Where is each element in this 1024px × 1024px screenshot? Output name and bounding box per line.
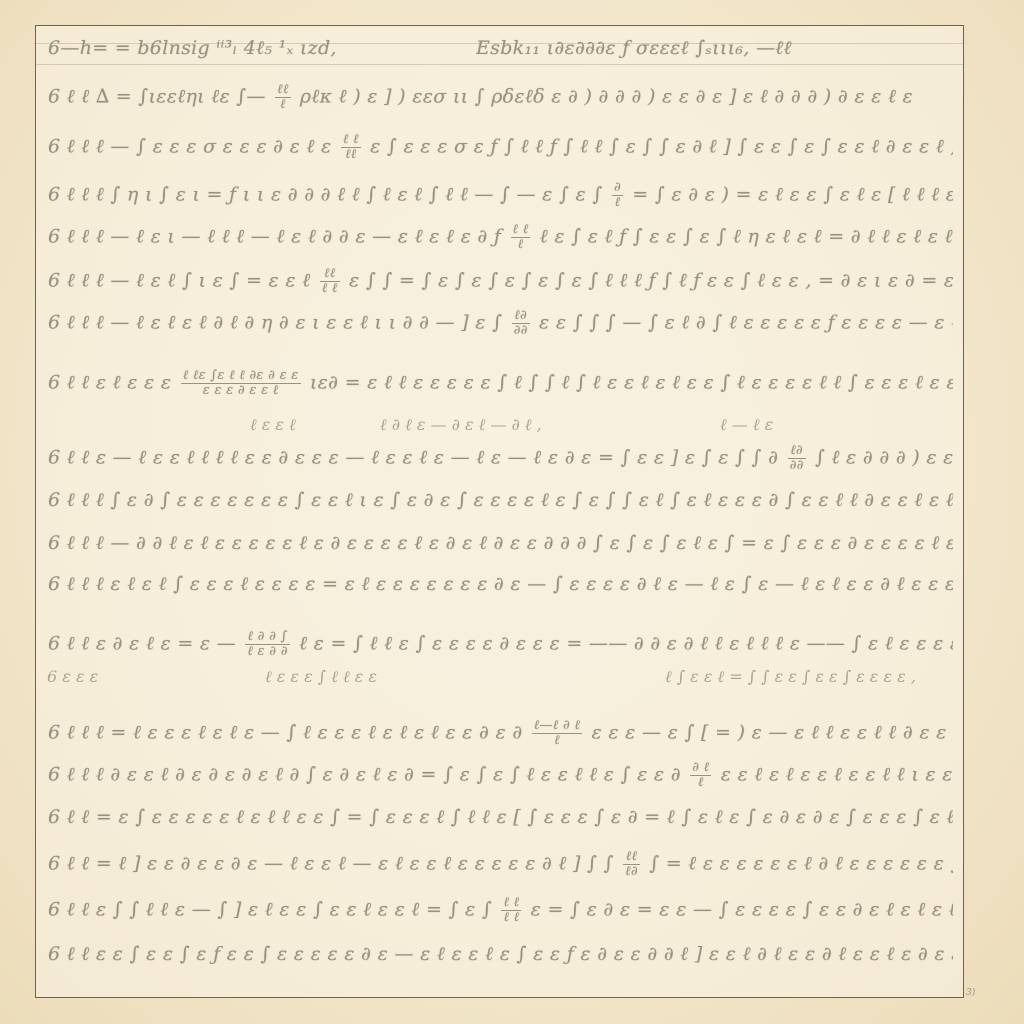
line-text: ε ε ∫ ∫ ∫ — ∫ ε ℓ ∂ ∫ ℓ ε ε ε ε ε ƒ ε ε … <box>533 312 953 334</box>
fraction-denominator: ℓ <box>511 238 531 252</box>
fraction-numerator: ℓ ℓ <box>511 223 531 238</box>
manuscript-line: 6 ℓ ℓ ℓ — ℓ ε ℓ ∫ ι ε ∫ = ε ε ℓ ℓℓℓ ℓ ε … <box>48 267 953 296</box>
line-text: ∫ ℓ ε ∂ ∂ ∂ ) ε ε ε ∂ ε ∂ ε ε ∫ ε ∫ ε ε … <box>809 447 953 469</box>
line-text: 6 ℓ ℓ ℓ = ℓ ε ε ε ℓ ε ℓ ε — ∫ ℓ ε ε ε ℓ … <box>48 722 529 744</box>
manuscript-line: 6 ℓ ℓ = ℓ ] ε ε ∂ ε ε ∂ ε — ℓ ε ε ℓ — ε … <box>48 850 953 879</box>
manuscript-line: 6 ℓ ℓ ε ∫ ∫ ℓ ℓ ε — ∫ ] ε ℓ ε ε ∫ ε ε ℓ … <box>48 896 953 925</box>
fraction-denominator: ∂∂ <box>512 324 530 338</box>
fraction: ∂ ℓℓ <box>690 761 711 790</box>
line-text: ε ε ℓ ε ℓ ε ε ℓ ε ε ℓ ℓ ι ε ε ε ε ε ε ε … <box>714 764 953 786</box>
line-text: ε ℓ ∂ ℓ ε ε ∂ ℓ ε ε ℓ ε ∂ ε ε ε , ε ε ε … <box>726 943 953 965</box>
line-text: ε ε ε ε ℓ ε ∫ ε ∂ ε ∫ ε ε ℓ ε ε ℓ ε ε ∂ … <box>864 532 953 554</box>
manuscript-subline: ℓ ∂ ℓ ε — ∂ ε ℓ — ∂ ℓ , <box>380 415 542 435</box>
fraction-numerator: ∂ ℓ <box>690 761 711 776</box>
fraction-denominator: ℓ <box>612 196 623 210</box>
line-text: ε ∫ ε ε ε σ ε ƒ ∫ ℓ ℓ ƒ ∫ ℓ ℓ ∫ ε ∫ ∫ ε … <box>364 136 953 158</box>
line-text: 6 ℓ ℓ ℓ — ℓ ε ι — ℓ ℓ ℓ — ℓ ε ℓ ∂ ∂ ε — … <box>48 226 508 248</box>
line-text: ιε∂ = ε ℓ ℓ ε ε ε ε ε ∫ ℓ ∫ ∫ ℓ ∫ ℓ ε ε … <box>304 372 953 394</box>
manuscript-line: 6 ℓ ℓ ℓ — ∫ ε ε ε σ ε ε ε ∂ ε ℓ ε ℓ ℓℓℓ … <box>48 133 953 162</box>
manuscript-line: 6 ℓ ℓ ℓ ∂ ε ε ℓ ∂ ε ∂ ε ∂ ε ℓ ∂ ∫ ε ∂ ε … <box>48 761 953 790</box>
line-text: 6 ℓ ℓ ε ∂ ε ℓ ε = ε — <box>48 633 242 655</box>
line-text: ε = ∫ ε ∂ ε = ε ε — ∫ ε ε ε ε ∫ ε ε ∂ ε … <box>524 899 953 921</box>
fraction-numerator: ∂ <box>612 181 623 196</box>
line-text: 6 ℓ ℓ = ε ∫ ε ε ε ε ε ℓ ε ℓ ℓ ε ε ∫ = ∫ … <box>48 806 953 828</box>
line-text: 6 ℓ ℓ ℓ — ℓ ε ℓ ∫ ι ε ∫ = ε ε ℓ <box>48 270 317 292</box>
header-right: Esbk₁₁ ι∂ε∂∂∂ε ƒ σεεεℓ ∫ₛιιι₆, —ℓℓ <box>476 37 953 60</box>
fraction: ℓℓℓ∂ <box>623 850 640 879</box>
fraction: ℓℓℓ ℓ <box>320 267 340 296</box>
fraction-numerator: ℓ∂ <box>512 309 530 324</box>
fraction-denominator: ℓ ℓ <box>320 282 340 296</box>
fraction-numerator: ℓ ℓ <box>341 133 361 148</box>
manuscript-subline: 6 ε ε ε <box>47 667 98 686</box>
fraction-denominator: ℓ ℓ <box>501 911 521 925</box>
page-corner-mark: 3) <box>966 988 975 998</box>
manuscript-line: 6 ℓ ℓ ℓ = ℓ ε ε ε ℓ ε ℓ ε — ∫ ℓ ε ε ε ℓ … <box>48 719 953 748</box>
header-rule-bottom <box>36 64 963 65</box>
line-text: 6 ℓ ℓ ∆ = ∫ιεεℓηι ℓε ∫— <box>48 86 272 108</box>
fraction-denominator: ℓ ε ∂ ∂ <box>245 645 289 659</box>
fraction: ℓℓℓ <box>275 83 290 112</box>
line-text: 6 ℓ ℓ ε ℓ ε ε ε <box>48 372 178 394</box>
line-text: 6 ℓ ℓ ℓ ε ℓ ε ℓ ∫ ε ε ε ℓ ε ε ε ε = ε ℓ … <box>48 573 953 595</box>
fraction: ℓ ℓℓℓ <box>341 133 361 162</box>
manuscript-subline: ℓ ∫ ε ε ℓ = ∫ ∫ ε ε ∫ ε ε ∫ ε ε ε ε , <box>665 667 916 687</box>
manuscript-line: 6 ℓ ℓ ℓ ∫ ε ∂ ∫ ε ε ε ε ε ε ε ∫ ε ε ℓ ι … <box>48 489 953 512</box>
fraction: ∂ℓ <box>612 181 623 210</box>
manuscript-line: 6 ℓ ℓ ε ∂ ε ℓ ε = ε — ℓ ∂ ∂ ∫ℓ ε ∂ ∂ ℓ ε… <box>48 630 953 659</box>
fraction: ℓ—ℓ ∂ ℓℓ <box>532 719 582 748</box>
line-text: ℓ ε ∫ ε ℓ ƒ ∫ ε ε ∫ ε ∫ ℓ η ε ℓ ε ℓ = ∂ … <box>533 226 953 248</box>
line-text: 6 ℓ ℓ ℓ ∫ η ι ∫ ε ι = ƒ ι ι ε ∂ ∂ ∂ ℓ ℓ … <box>48 184 609 206</box>
fraction-denominator: ℓ <box>275 98 290 112</box>
fraction: ℓ ∂ ∂ ∫ℓ ε ∂ ∂ <box>245 630 289 659</box>
fraction-numerator: ℓ∂ <box>788 444 806 459</box>
fraction-numerator: ℓℓ <box>320 267 340 282</box>
manuscript-line: 6 ℓ ℓ ℓ ε ℓ ε ℓ ∫ ε ε ε ℓ ε ε ε ε = ε ℓ … <box>48 573 953 596</box>
fraction-numerator: ℓℓ <box>623 850 640 865</box>
line-text: 6 ℓ ℓ ℓ — ∂ ∂ ℓ ε ℓ ε ε ε ε ε ℓ ε ∂ ε ε … <box>48 532 864 554</box>
fraction: ℓ ℓℓ <box>511 223 531 252</box>
line-text: 6 ℓ ℓ ℓ ∫ ε ∂ ∫ ε ε ε ε ε ε ε ∫ ε ε ℓ ι … <box>48 489 752 511</box>
fraction-numerator: ℓ—ℓ ∂ ℓ <box>532 719 582 734</box>
manuscript-subline: ℓ — ℓ ε <box>720 415 773 435</box>
fraction-numerator: ℓ ℓ <box>501 896 521 911</box>
fraction-denominator: ℓ <box>690 776 711 790</box>
manuscript-line: 6 ℓ ℓ ε ε ∫ ε ε ∫ ε ƒ ε ε ∫ ε ε ε ε ε ∂ … <box>48 943 953 966</box>
fraction: ℓ ℓℓ ℓ <box>501 896 521 925</box>
line-text: 6 ℓ ℓ = ℓ ] ε ε ∂ ε ε ∂ ε — ℓ ε ε ℓ — ε … <box>48 853 620 875</box>
fraction-denominator: ℓ∂ <box>623 865 640 879</box>
line-text: ε ∫ ∫ = ∫ ε ∫ ε ∫ ε ∫ ε ∫ ε ∫ ℓ ℓ ℓ ƒ ∫ … <box>343 270 953 292</box>
fraction-denominator: ε ε ε ∂ ε ε ℓ <box>181 384 301 398</box>
fraction: ℓ ℓε ∫ε ℓ ℓ ∂ε ∂ ε εε ε ε ∂ ε ε ℓ <box>181 369 301 398</box>
line-text: = ∫ ε ∂ ε ) = ε ℓ ε ε ∫ ε ℓ ε [ ℓ ℓ ℓ ε … <box>626 184 953 206</box>
line-text: ∫ = ℓ ε ε ε ε ε ε ℓ ∂ ℓ ε ε ε ε ε ε ∫ ε … <box>643 853 953 875</box>
manuscript-line: 6 ℓ ℓ ε — ℓ ε ε ℓ ℓ ℓ ℓ ε ε ∂ ε ε ε — ℓ … <box>48 444 953 473</box>
line-text: 6 ℓ ℓ ℓ — ∫ ε ε ε σ ε ε ε ∂ ε ℓ ε <box>48 136 338 158</box>
line-text: ρℓκ ℓ ) ε ] ) εεσ ιι ∫ ρδεℓδ ε ∂ ) ∂ ∂ ∂… <box>294 86 913 108</box>
line-text: 6 ℓ ℓ ε ε ∫ ε ε ∫ ε ƒ ε ε ∫ ε ε ε ε ε ∂ … <box>48 943 726 965</box>
fraction-numerator: ℓℓ <box>275 83 290 98</box>
line-text: 6 ℓ ℓ ε ∫ ∫ ℓ ℓ ε — ∫ ] ε ℓ ε ε ∫ ε ε ℓ … <box>48 899 498 921</box>
header-left: 6—h= = b6lnsig ⁱⁱ³ₗ 4ℓ₅ ¹ₓ ιzd, <box>48 37 378 60</box>
manuscript-line: 6 ℓ ℓ ∆ = ∫ιεεℓηι ℓε ∫— ℓℓℓ ρℓκ ℓ ) ε ] … <box>48 83 953 112</box>
manuscript-subline: ℓ ε ε ε ∫ ℓ ℓ ε ε <box>265 667 377 687</box>
fraction-denominator: ∂∂ <box>788 459 806 473</box>
manuscript-line: 6 ℓ ℓ ε ℓ ε ε ε ℓ ℓε ∫ε ℓ ℓ ∂ε ∂ ε εε ε … <box>48 369 953 398</box>
line-text: ℓ ε = ∫ ℓ ℓ ε ∫ ε ε ε ε ∂ ε ε ε = —— ∂ ∂… <box>293 633 953 655</box>
fraction-denominator: ℓ <box>532 734 582 748</box>
line-text: 6 ℓ ℓ ε — ℓ ε ε ℓ ℓ ℓ ℓ ε ε ∂ ε ε ε — ℓ … <box>48 447 785 469</box>
line-text: 6 ℓ ℓ ℓ — ℓ ε ℓ ε ℓ ∂ ℓ ∂ η ∂ ε ι ε ε ℓ … <box>48 312 509 334</box>
fraction-numerator: ℓ ℓε ∫ε ℓ ℓ ∂ε ∂ ε ε <box>181 369 301 384</box>
manuscript-line: 6 ℓ ℓ = ε ∫ ε ε ε ε ε ℓ ε ℓ ℓ ε ε ∫ = ∫ … <box>48 806 953 829</box>
fraction-denominator: ℓℓ <box>341 148 361 162</box>
line-text: 6 ℓ ℓ ℓ ∂ ε ε ℓ ∂ ε ∂ ε ∂ ε ℓ ∂ ∫ ε ∂ ε … <box>48 764 687 786</box>
manuscript-line: 6 ℓ ℓ ℓ — ℓ ε ℓ ε ℓ ∂ ℓ ∂ η ∂ ε ι ε ε ℓ … <box>48 309 953 338</box>
manuscript-line: 6 ℓ ℓ ℓ — ℓ ε ι — ℓ ℓ ℓ — ℓ ε ℓ ∂ ∂ ε — … <box>48 223 953 252</box>
line-text: ε ∂ ∫ ε ε ℓ ℓ ∂ ε ε ℓ ε ℓ ε ε ∂ ε ε ε ε … <box>752 489 953 511</box>
manuscript-line: 6 ℓ ℓ ℓ ∫ η ι ∫ ε ι = ƒ ι ι ε ∂ ∂ ∂ ℓ ℓ … <box>48 181 953 210</box>
manuscript-frame: 6—h= = b6lnsig ⁱⁱ³ₗ 4ℓ₅ ¹ₓ ιzd, Esbk₁₁ ι… <box>35 25 964 998</box>
manuscript-line: 6 ℓ ℓ ℓ — ∂ ∂ ℓ ε ℓ ε ε ε ε ε ℓ ε ∂ ε ε … <box>48 532 953 555</box>
fraction-numerator: ℓ ∂ ∂ ∫ <box>245 630 289 645</box>
manuscript-subline: ℓ ε ε ℓ <box>250 415 296 435</box>
fraction: ℓ∂∂∂ <box>788 444 806 473</box>
fraction: ℓ∂∂∂ <box>512 309 530 338</box>
line-text: ε ε ε — ε ∫ [ = ) ε — ε ℓ ℓ ε ε ℓ ℓ ∂ ε … <box>585 722 953 744</box>
